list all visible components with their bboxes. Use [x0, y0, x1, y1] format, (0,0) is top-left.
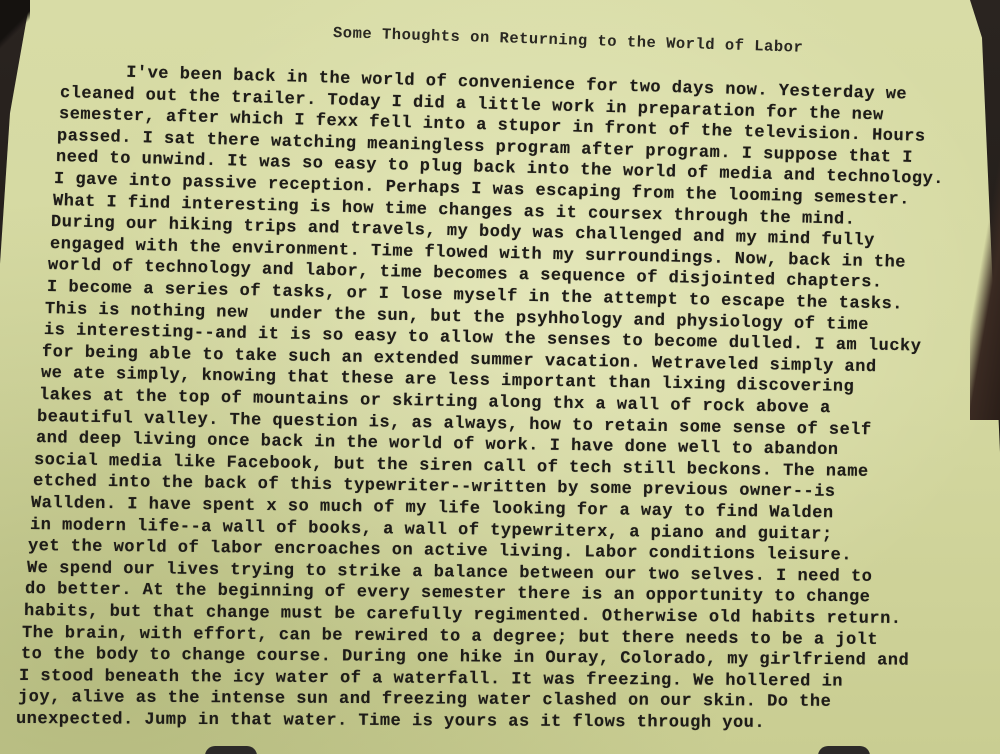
typed-page: Some Thoughts on Returning to the World …	[0, 0, 1000, 754]
photo-scene: Some Thoughts on Returning to the World …	[0, 0, 1000, 754]
typewriter-paper-bail-left	[205, 746, 257, 754]
typed-line: I stood beneath the icy water of a water…	[19, 667, 843, 692]
typewriter-paper-bail-right	[818, 746, 870, 754]
page-title: Some Thoughts on Returning to the World …	[333, 24, 804, 57]
typed-line: joy, alive as the intense sun and freezi…	[17, 688, 830, 712]
typed-line: unexpected. Jump in that water. Time is …	[16, 710, 765, 733]
